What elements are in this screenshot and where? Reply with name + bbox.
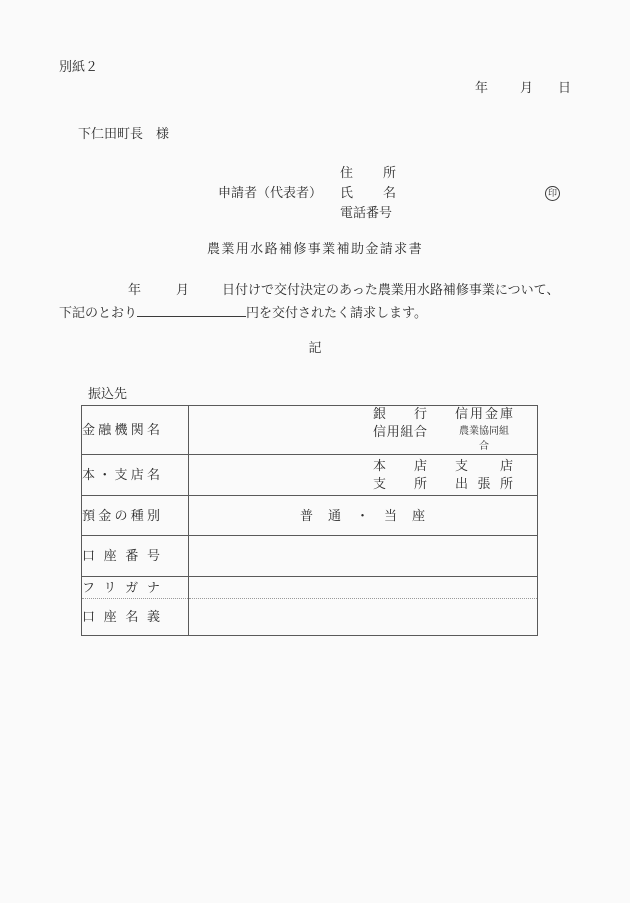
transfer-section-label: 振込先: [88, 387, 127, 401]
body-fill-gap: [189, 293, 222, 294]
account-holder-value-cell: [189, 599, 538, 636]
account-number-label-cell: 口座番号: [82, 536, 189, 577]
furigana-label-cell: フリガナ: [82, 577, 189, 599]
body-line-2: 下記のとおり円を交付されたく請求します。: [59, 303, 427, 320]
date-fill-gap: [488, 91, 520, 92]
header-date: 年月日: [475, 81, 571, 95]
body-line-2-prefix: 下記のとおり: [59, 305, 137, 320]
table-row-branch-name: 本・支店名 本 店 支 店 支 所 出張所: [82, 455, 538, 496]
row-label: 預金の種別: [82, 509, 160, 523]
body-line-1: 年月日付けで交付決定のあった農業用水路補修事業について、: [128, 283, 559, 297]
financial-institution-value-cell: 銀 行 信用金庫 信用組合 農業協同組合: [189, 406, 538, 455]
option-branch-office: 支 店: [455, 458, 513, 474]
option-sub-office: 支 所: [373, 476, 427, 492]
table-row-account-number: 口座番号: [82, 536, 538, 577]
body-line-2-suffix: 円を交付されたく請求します。: [246, 305, 427, 320]
account-holder-label-cell: 口座名義: [82, 599, 189, 636]
date-day-label: 日: [558, 80, 571, 95]
deposit-type-value-cell: 普 通 ・ 当 座: [189, 496, 538, 536]
institution-type-options: 銀 行 信用金庫 信用組合 農業協同組合: [189, 406, 537, 454]
applicant-address-line: 住所: [340, 163, 396, 183]
applicant-name-line: 氏名: [340, 183, 396, 203]
attachment-label: 別紙２: [59, 60, 98, 74]
account-number-value-cell: [189, 536, 538, 577]
document-title: 農業用水路補修事業補助金請求書: [0, 242, 630, 256]
date-year-label: 年: [475, 80, 488, 95]
phone-label: 電話番号: [340, 205, 392, 220]
option-bank: 銀 行: [373, 406, 427, 422]
option-head-office: 本 店: [373, 458, 427, 474]
financial-institution-label-cell: 金融機関名: [82, 406, 189, 455]
option-shinkin-bank: 信用金庫: [455, 406, 513, 422]
document-sheet: 別紙２ 年月日 下仁田町長 様 申請者（代表者） 住所 氏名 電話番号 印 農業…: [0, 0, 630, 903]
date-fill-gap: [533, 91, 558, 92]
option-agricultural-coop: 農業協同組合: [455, 424, 513, 454]
table-row-financial-institution: 金融機関名 銀 行 信用金庫 信用組合 農業協同組合: [82, 406, 538, 455]
branch-name-value-cell: 本 店 支 店 支 所 出張所: [189, 455, 538, 496]
transfer-table: 金融機関名 銀 行 信用金庫 信用組合 農業協同組合 本・支店名 本 店 支 店…: [81, 405, 538, 636]
row-label: 口座名義: [82, 610, 160, 624]
row-label: 本・支店名: [82, 468, 160, 482]
option-credit-union: 信用組合: [373, 424, 427, 454]
body-year-label: 年: [128, 282, 141, 297]
addressee-line: 下仁田町長 様: [78, 127, 169, 141]
applicant-phone-line: 電話番号: [340, 203, 396, 223]
row-label: 口座番号: [82, 549, 160, 563]
applicant-fields: 住所 氏名 電話番号: [340, 163, 396, 223]
date-month-label: 月: [520, 80, 533, 95]
body-fill-gap: [141, 293, 176, 294]
branch-type-options: 本 店 支 店 支 所 出張所: [189, 458, 537, 492]
seal-character: 印: [548, 189, 557, 198]
body-line-1-text: 日付けで交付決定のあった農業用水路補修事業について、: [222, 282, 559, 297]
table-row-account-holder: 口座名義: [82, 599, 538, 636]
row-label: フリガナ: [82, 581, 160, 595]
deposit-type-label-cell: 預金の種別: [82, 496, 189, 536]
seal-icon: 印: [545, 186, 560, 201]
note-heading: 記: [0, 341, 630, 355]
furigana-value-cell: [189, 577, 538, 599]
table-row-furigana: フリガナ: [82, 577, 538, 599]
row-label: 金融機関名: [82, 423, 160, 437]
address-label: 住所: [340, 163, 396, 183]
option-outlet-office: 出張所: [455, 476, 513, 492]
amount-blank-underline: [137, 303, 246, 317]
applicant-label: 申請者（代表者）: [218, 186, 322, 200]
branch-name-label-cell: 本・支店名: [82, 455, 189, 496]
body-month-label: 月: [176, 282, 189, 297]
name-label: 氏名: [340, 183, 396, 203]
table-row-deposit-type: 預金の種別 普 通 ・ 当 座: [82, 496, 538, 536]
